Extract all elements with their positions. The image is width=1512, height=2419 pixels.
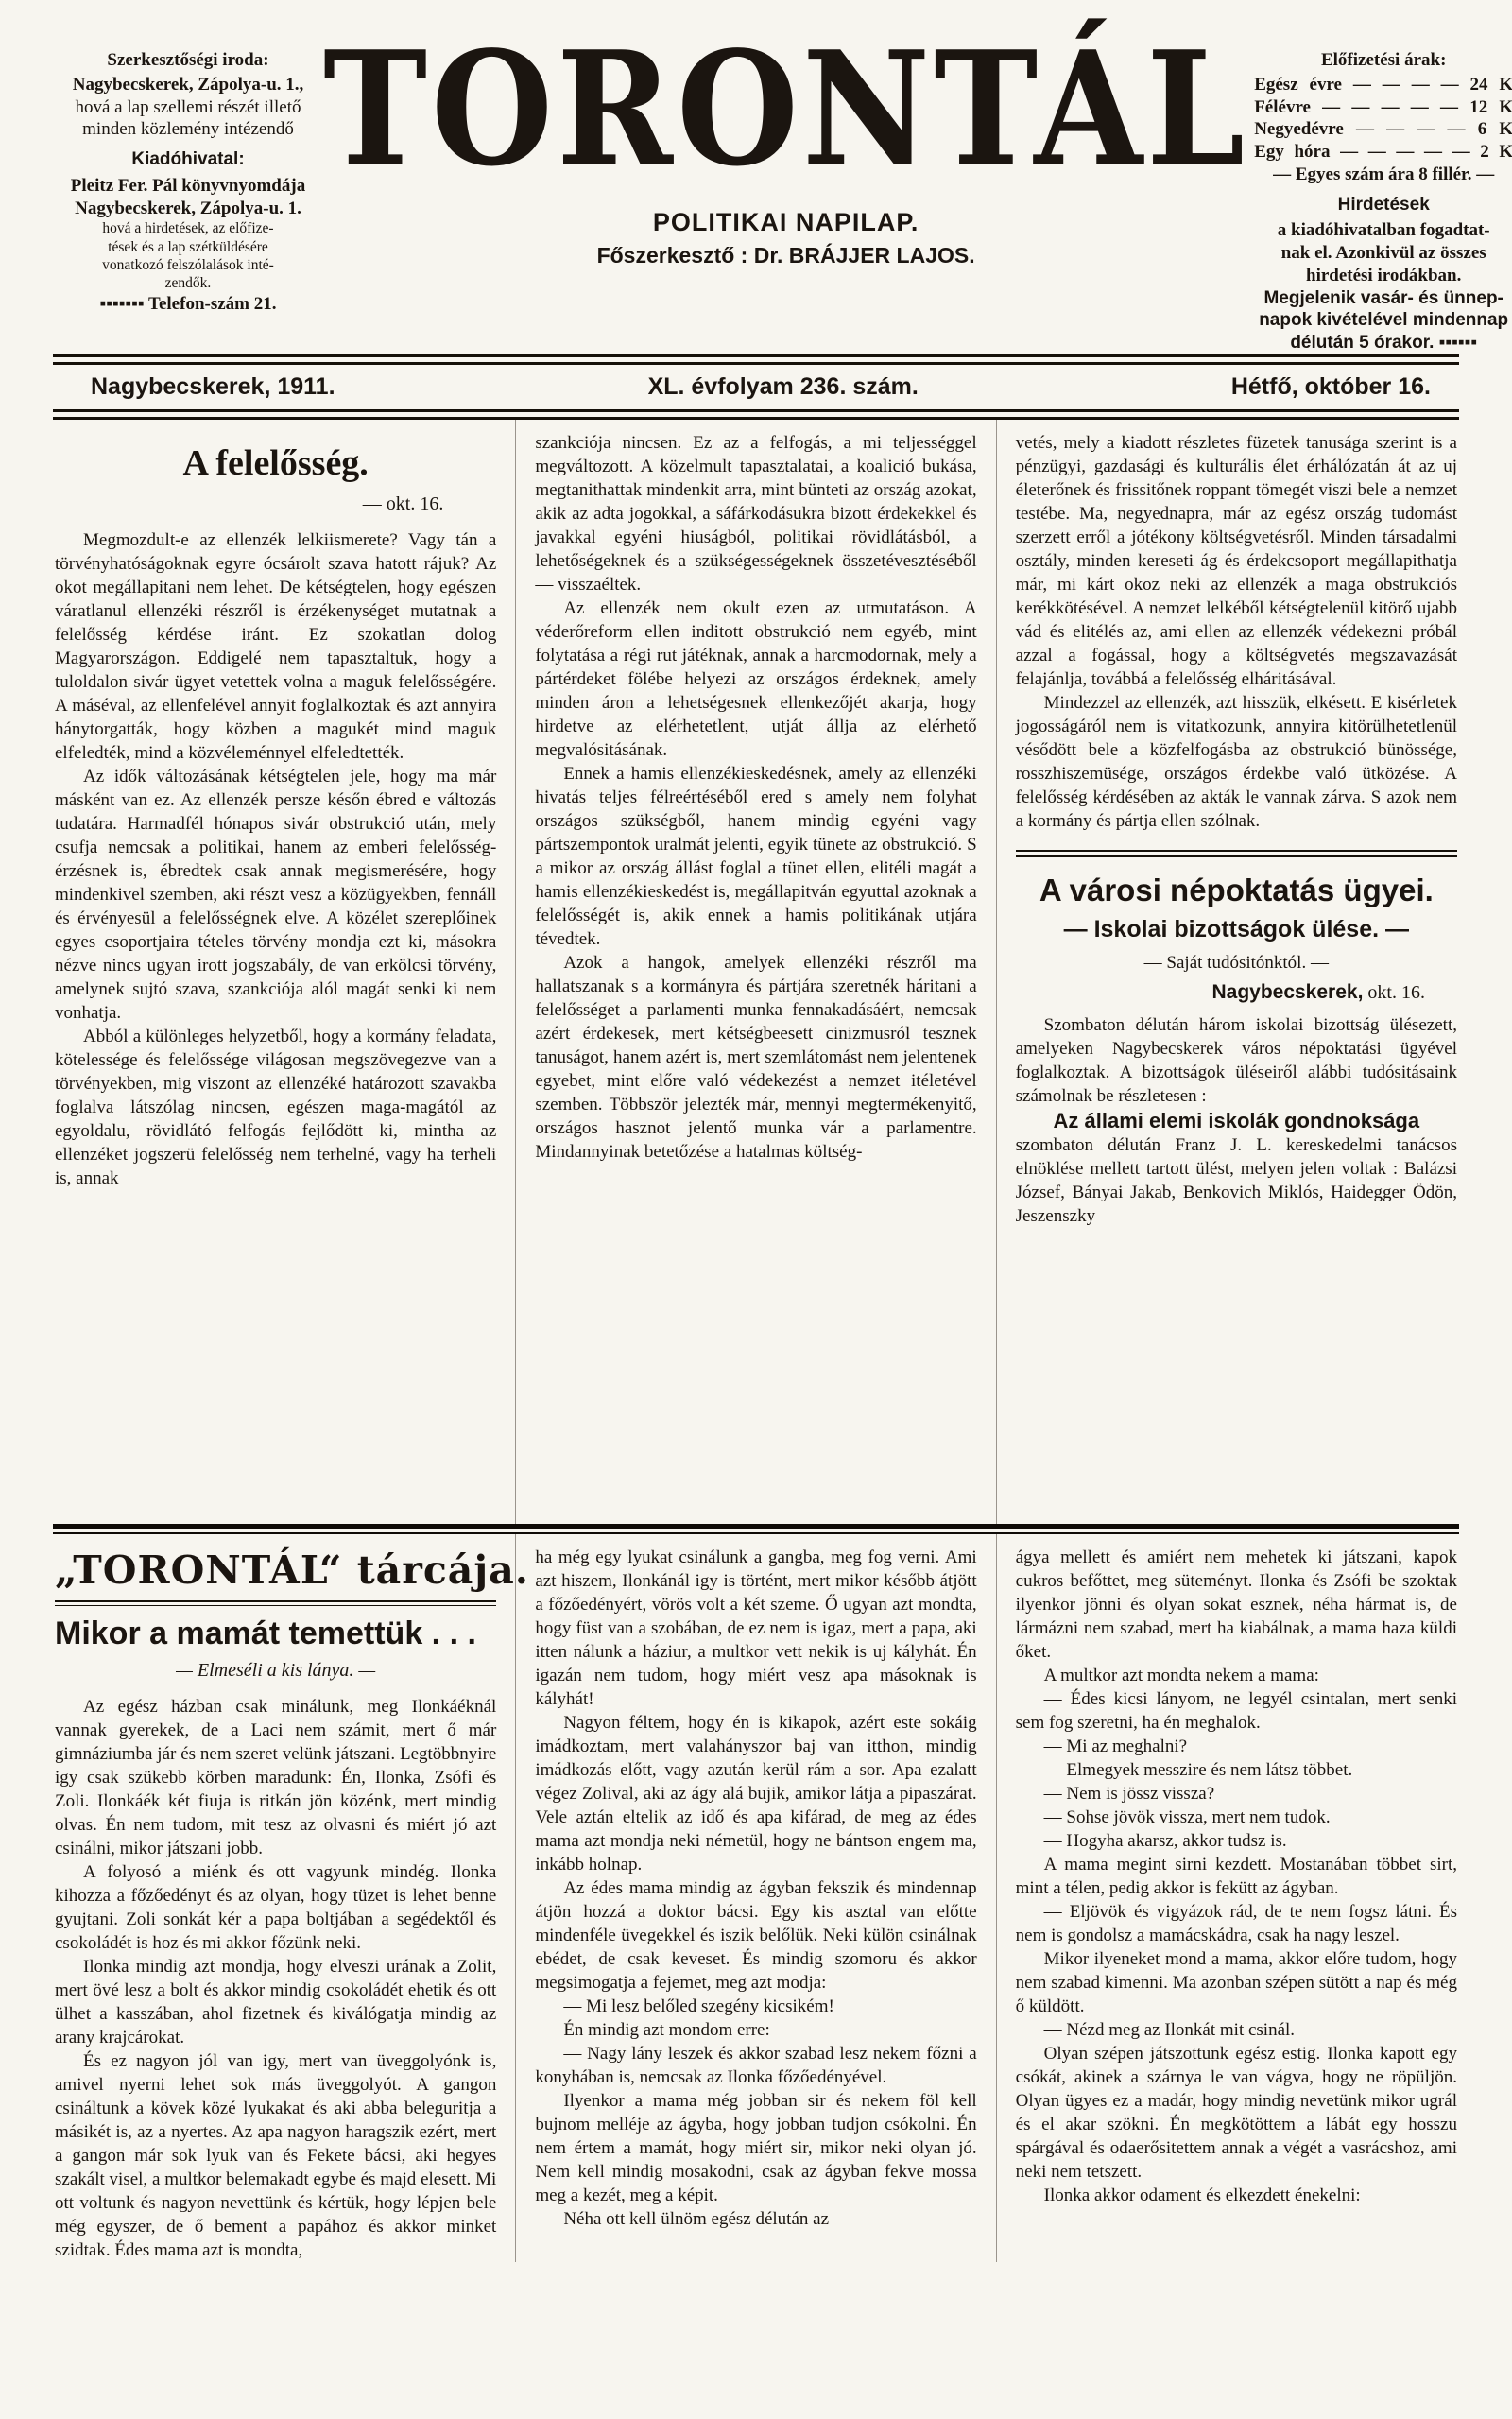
paragraph: Mikor ilyeneket mond a mama, akkor előre… xyxy=(1016,1947,1457,2018)
paragraph: Mindezzel az ellenzék, azt hisszük, elké… xyxy=(1016,691,1457,833)
editorial-office-box: Szerkesztőségi iroda:Nagybecskerek, Zápo… xyxy=(53,25,323,316)
paragraph: A multkor azt mondta nekem a mama: xyxy=(1016,1664,1457,1687)
city-article-dateline: Nagybecskerek, okt. 16. xyxy=(1016,981,1457,1004)
lead-article-title: A felelősség. xyxy=(55,442,496,484)
paragraph: Az ellenzék nem okult ezen az utmutatáso… xyxy=(535,596,976,762)
city-article-title: A városi népoktatás ügyei. xyxy=(1016,873,1457,908)
main-column-1: A felelősség. — okt. 16. Megmozdult-e az… xyxy=(53,420,515,1524)
paragraph: Előfizetési árak: xyxy=(1248,49,1512,72)
paragraph: napok kivételével mindennap xyxy=(1248,309,1512,332)
date-row-place: Nagybecskerek, 1911. xyxy=(91,373,335,401)
lead-article-col1-text: Megmozdult-e az ellenzék lelkiismerete? … xyxy=(55,528,496,1190)
date-row-volume: XL. évfolyam 236. szám. xyxy=(648,373,919,401)
paragraph: A folyosó a miénk és ott vagyunk mindég.… xyxy=(55,1860,496,1955)
main-column-3: vetés, mely a kiadott részletes füzetek … xyxy=(996,420,1459,1524)
main-column-2: szankciója nincsen. Ez az a felfogás, a … xyxy=(515,420,995,1524)
main-article-section: A felelősség. — okt. 16. Megmozdult-e az… xyxy=(53,420,1459,1524)
city-article-dateline-date: okt. 16. xyxy=(1363,982,1425,1003)
masthead-title: TORONTÁL xyxy=(323,30,1248,187)
feuilleton-col1-text: Az egész házban csak minálunk, meg Ilonk… xyxy=(55,1695,496,2262)
paragraph: — Nézd meg az Ilonkát mit csinál. xyxy=(1016,2018,1457,2042)
paragraph: Ilonka mindig azt mondja, hogy elveszi u… xyxy=(55,1955,496,2049)
city-article-source-line: — Saját tudósitónktól. — xyxy=(1016,953,1457,974)
city-article-dateline-place: Nagybecskerek, xyxy=(1211,981,1363,1003)
paragraph: szankciója nincsen. Ez az a felfogás, a … xyxy=(535,431,976,596)
paragraph: Kiadóhivatal: xyxy=(53,148,323,171)
feuilleton-byline: — Elmeséli a kis lánya. — xyxy=(55,1660,496,1682)
paragraph: Egy hóra — — — — — 2 K xyxy=(1248,141,1512,164)
paragraph: Az édes mama mindig az ágyban fekszik és… xyxy=(535,1876,976,1995)
paragraph: És ez nagyon jól van igy, mert van üvegg… xyxy=(55,2049,496,2262)
paragraph: A mama megint sirni kezdett. Mostanában … xyxy=(1016,1853,1457,1900)
paragraph: Nagyon féltem, hogy én is kikapok, azért… xyxy=(535,1711,976,1876)
paragraph: — Nagy lány leszek és akkor szabad lesz … xyxy=(535,2042,976,2089)
feuilleton-column-1: „TORONTÁL“ tárcája. Mikor a mamát temett… xyxy=(53,1534,515,2262)
page-header: Szerkesztőségi iroda:Nagybecskerek, Zápo… xyxy=(53,25,1459,354)
paragraph: Szerkesztőségi iroda: xyxy=(53,49,323,72)
paragraph: Megmozdult-e az ellenzék lelkiismerete? … xyxy=(55,528,496,765)
feuilleton-section: „TORONTÁL“ tárcája. Mikor a mamát temett… xyxy=(53,1534,1459,2262)
paragraph: ha még egy lyukat csinálunk a gangba, me… xyxy=(535,1546,976,1711)
paragraph: zendők. xyxy=(53,274,323,292)
paragraph: hirdetési irodákban. xyxy=(1248,265,1512,287)
paragraph: Ilonka akkor odament és elkezdett énekel… xyxy=(1016,2184,1457,2207)
date-row: Nagybecskerek, 1911. XL. évfolyam 236. s… xyxy=(53,365,1459,409)
feuilleton-title-rule xyxy=(55,1600,496,1606)
paragraph: — Eljövök és vigyázok rád, de te nem fog… xyxy=(1016,1900,1457,1947)
city-article-subtitle: — Iskolai bizottságok ülése. — xyxy=(1016,916,1457,943)
date-row-day: Hétfő, október 16. xyxy=(1231,373,1431,401)
paragraph: szombaton délután Franz J. L. kereskedel… xyxy=(1016,1133,1457,1228)
paragraph: Nagybecskerek, Zápolya-u. 1. xyxy=(53,198,323,220)
paragraph: vetés, mely a kiadott részletes füzetek … xyxy=(1016,431,1457,691)
paragraph: Félévre — — — — — 12 K xyxy=(1248,96,1512,119)
paragraph: vonatkozó felszólalások inté- xyxy=(53,256,323,274)
paragraph: hová a lap szellemi részét illető xyxy=(53,96,323,119)
paragraph: a kiadóhivatalban fogadtat- xyxy=(1248,219,1512,242)
double-rule-below-date xyxy=(53,409,1459,420)
feuilleton-column-2: ha még egy lyukat csinálunk a gangba, me… xyxy=(515,1534,995,2262)
paragraph: Én mindig azt mondom erre: xyxy=(535,2018,976,2042)
paragraph: Azok a hangok, amelyek ellenzéki részről… xyxy=(535,951,976,1164)
paragraph: — Mi lesz belőled szegény kicsikém! xyxy=(535,1995,976,2018)
paragraph: Egész évre — — — — 24 K xyxy=(1248,74,1512,96)
paragraph: Hirdetések xyxy=(1248,194,1512,216)
paragraph: hová a hirdetések, az előfize- xyxy=(53,219,323,237)
paragraph: — Sohse jövök vissza, mert nem tudok. xyxy=(1016,1806,1457,1829)
feuilleton-separator-rule xyxy=(53,1524,1459,1534)
lead-article-col3-text: vetés, mely a kiadott részletes füzetek … xyxy=(1016,431,1457,833)
paragraph: — Mi az meghalni? xyxy=(1016,1735,1457,1758)
newspaper-page: Szerkesztőségi iroda:Nagybecskerek, Zápo… xyxy=(0,0,1512,2419)
subscription-box: Előfizetési árak:Egész évre — — — — 24 K… xyxy=(1248,25,1512,354)
double-rule-top xyxy=(53,354,1459,365)
paragraph: Nagybecskerek, Zápolya-u. 1., xyxy=(53,74,323,96)
paragraph: — Egyes szám ára 8 fillér. — xyxy=(1248,164,1512,186)
feuilleton-col2-text: ha még egy lyukat csinálunk a gangba, me… xyxy=(535,1546,976,2231)
city-article-header: A városi népoktatás ügyei. — Iskolai biz… xyxy=(1016,850,1457,1004)
paragraph: ▪▪▪▪▪▪▪ Telefon-szám 21. xyxy=(53,293,323,316)
paragraph: Ilyenkor a mama még jobban sir és nekem … xyxy=(535,2089,976,2207)
masthead-subtitle: POLITIKAI NAPILAP. xyxy=(323,208,1248,237)
masthead-block: TORONTÁL POLITIKAI NAPILAP. Főszerkesztő… xyxy=(323,25,1248,268)
paragraph: délután 5 órakor. ▪▪▪▪▪▪ xyxy=(1248,332,1512,354)
paragraph: — Nem is jössz vissza? xyxy=(1016,1782,1457,1806)
paragraph: — Hogyha akarsz, akkor tudsz is. xyxy=(1016,1829,1457,1853)
paragraph: Ennek a hamis ellenzékieskedésnek, amely… xyxy=(535,762,976,951)
city-article-text: Szombaton délután három iskolai bizottsá… xyxy=(1016,1013,1457,1228)
paragraph: Az egész házban csak minálunk, meg Ilonk… xyxy=(55,1695,496,1860)
lead-article-dateline: — okt. 16. xyxy=(55,493,496,515)
paragraph: Negyedévre — — — — 6 K xyxy=(1248,118,1512,141)
feuilleton-column-3: ágya mellett és amiért nem mehetek ki já… xyxy=(996,1534,1459,2262)
city-article-rule xyxy=(1016,850,1457,857)
lead-article-col2-text: szankciója nincsen. Ez az a felfogás, a … xyxy=(535,431,976,1164)
paragraph: Abból a különleges helyzetből, hogy a ko… xyxy=(55,1025,496,1190)
paragraph: tések és a lap szétküldésére xyxy=(53,238,323,256)
paragraph: Pleitz Fer. Pál könyvnyomdája xyxy=(53,175,323,198)
paragraph: — Édes kicsi lányom, ne legyél csintalan… xyxy=(1016,1687,1457,1735)
feuilleton-story-title: Mikor a mamát temettük . . . xyxy=(55,1616,496,1652)
paragraph: minden közlemény intézendő xyxy=(53,118,323,141)
paragraph: nak el. Azonkivül az összes xyxy=(1248,242,1512,265)
feuilleton-col3-text: ágya mellett és amiért nem mehetek ki já… xyxy=(1016,1546,1457,2207)
paragraph: — Elmegyek messzire és nem látsz többet. xyxy=(1016,1758,1457,1782)
paragraph: ágya mellett és amiért nem mehetek ki já… xyxy=(1016,1546,1457,1664)
paragraph: Szombaton délután három iskolai bizottsá… xyxy=(1016,1013,1457,1108)
feuilleton-masthead: „TORONTÁL“ tárcája. xyxy=(55,1547,496,1593)
paragraph: Az állami elemi iskolák gondnoksága xyxy=(1016,1108,1457,1133)
paragraph: Az idők változásának kétségtelen jele, h… xyxy=(55,765,496,1025)
masthead-editor-line: Főszerkesztő : Dr. BRÁJJER LAJOS. xyxy=(323,243,1248,268)
paragraph: Megjelenik vasár- és ünnep- xyxy=(1248,287,1512,310)
paragraph: Olyan szépen játszottunk egész estig. Il… xyxy=(1016,2042,1457,2184)
paragraph: Néha ott kell ülnöm egész délután az xyxy=(535,2207,976,2231)
